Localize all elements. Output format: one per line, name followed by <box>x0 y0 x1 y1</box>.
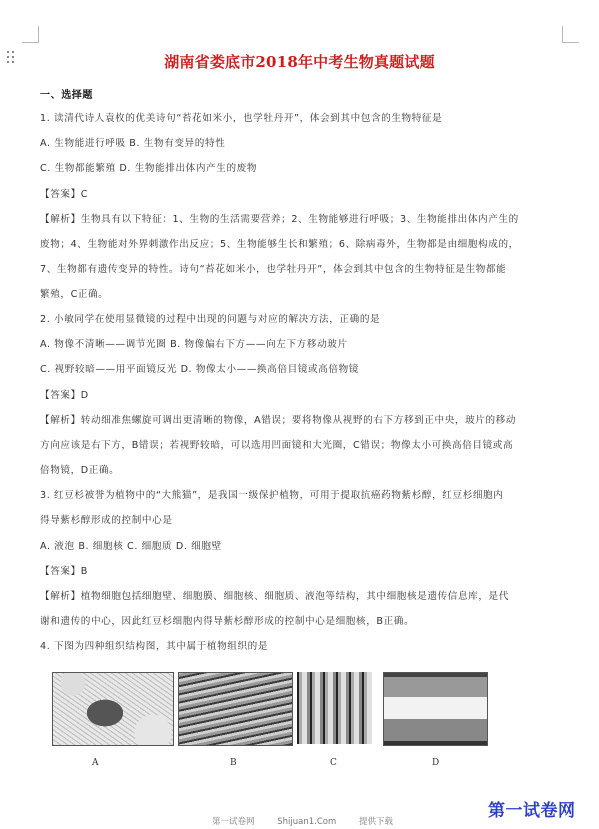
figure-c-image <box>297 672 372 744</box>
footer-provided: 提供下载 <box>359 817 393 827</box>
question-1-answer: 【答案】C <box>40 186 88 200</box>
question-2-analysis: 方向应该是右下方，B错误；若视野较暗，可以选用凹面镜和大光圈，C错误；物像太小可… <box>40 437 513 451</box>
figure-d-label: D <box>432 758 439 768</box>
figure-d-image <box>383 672 488 746</box>
page-footer: 第一试卷网 Shijuan1.Com 提供下载 <box>212 815 413 827</box>
question-3: 3. 红豆杉被誉为植物中的“大熊猫”，是我国一级保护植物，可用于提取抗癌药物紫杉… <box>40 487 503 501</box>
question-1-analysis: 废物；4、生物能对外界刺激作出反应；5、生物能够生长和繁殖；6、除病毒外，生物都… <box>40 236 519 250</box>
question-3-analysis: 谢和遗传的中心，因此红豆杉细胞内得导紫杉醇形成的控制中心是细胞核，B正确。 <box>40 613 414 627</box>
question-2-answer: 【答案】D <box>40 387 89 401</box>
question-3-analysis: 【解析】植物细胞包括细胞壁、细胞膜、细胞核、细胞质、液泡等结构，其中细胞核是遗传… <box>40 588 509 602</box>
question-2-analysis: 倍物镜，D正确。 <box>40 462 119 476</box>
question-2-options-ab: A. 物像不清晰——调节光圈 B. 物像偏右下方——向左下方移动玻片 <box>40 336 348 350</box>
tissue-figures: A B C D <box>0 672 599 772</box>
figure-b-label: B <box>230 758 237 768</box>
question-1: 1. 读清代诗人袁枚的优美诗句“苔花如米小，也学牡丹开”，体会到其中包含的生物特… <box>40 110 442 124</box>
brand-watermark-logo: 第一试卷网 <box>488 796 576 821</box>
footer-site-domain: Shijuan1.Com <box>277 817 336 827</box>
page-corner-marker-left <box>22 26 39 43</box>
figure-a-label: A <box>92 758 99 768</box>
question-1-options-ab: A. 生物能进行呼吸 B. 生物有变异的特性 <box>40 135 225 149</box>
question-1-options-cd: C. 生物都能繁殖 D. 生物能排出体内产生的废物 <box>40 160 257 174</box>
question-1-analysis: 7、生物都有遗传变异的特性。诗句“苔花如米小，也学牡丹开”，体会到其中包含的生物… <box>40 261 506 275</box>
figure-b-image <box>178 672 293 746</box>
question-2-analysis: 【解析】转动细准焦螺旋可调出更清晰的物像，A错误；要将物像从视野的右下方移到正中… <box>40 412 516 426</box>
question-4: 4. 下图为四种组织结构图，其中属于植物组织的是 <box>40 638 268 652</box>
question-2-options-cd: C. 视野较暗——用平面镜反光 D. 物像太小——换高倍目镜或高倍物镜 <box>40 361 359 375</box>
footer-site-name: 第一试卷网 <box>212 817 255 827</box>
document-title: 湖南省娄底市2018年中考生物真题试题 <box>0 51 599 72</box>
question-1-analysis: 繁殖，C正确。 <box>40 286 108 300</box>
question-2: 2. 小敏同学在使用显微镜的过程中出现的问题与对应的解决方法，正确的是 <box>40 311 380 325</box>
question-3-options: A. 液泡 B. 细胞核 C. 细胞质 D. 细胞壁 <box>40 538 222 552</box>
figure-a-image <box>52 672 174 746</box>
question-3: 得导紫杉醇形成的控制中心是 <box>40 512 173 526</box>
figure-c-label: C <box>330 758 337 768</box>
question-1-analysis: 【解析】生物具有以下特征：1、生物的生活需要营养；2、生物能够进行呼吸；3、生物… <box>40 211 519 225</box>
question-3-answer: 【答案】B <box>40 563 88 577</box>
page-corner-marker-right <box>562 26 579 43</box>
section-heading: 一、选择题 <box>40 86 93 101</box>
